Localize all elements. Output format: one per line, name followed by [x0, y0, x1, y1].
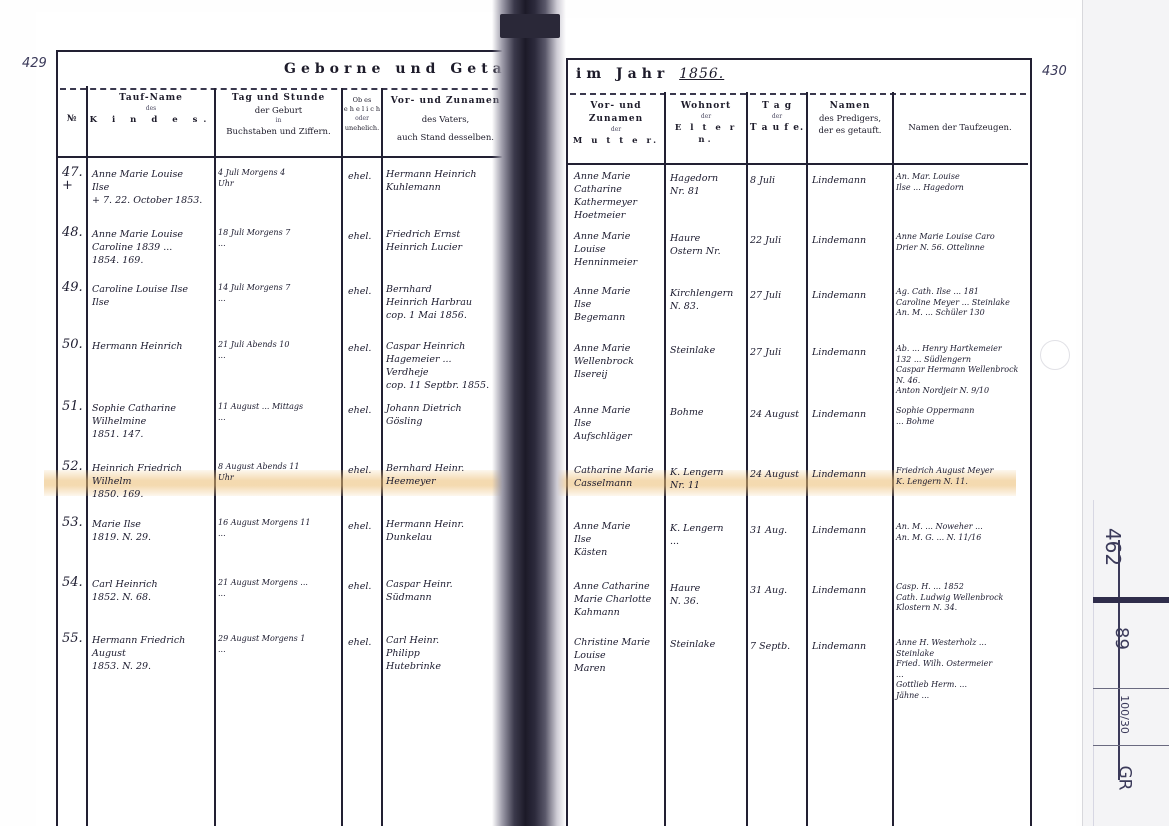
- entry-father-line: Hutebrinke: [386, 660, 441, 673]
- entry-birth-line: 29 August Morgens 1: [218, 634, 305, 645]
- entry-pastor: Lindemann: [812, 640, 866, 653]
- entry-residence: HagedornNr. 81: [670, 172, 718, 198]
- entry-father-line: Hagemeier ...: [386, 353, 489, 366]
- entry-legitimacy: ehel.: [348, 464, 371, 477]
- entry-birth: 11 August ... Mittags...: [218, 402, 303, 423]
- entry-godparents-line: Steinlake: [896, 649, 992, 660]
- entry-godparents-line: Ab. ... Henry Hartkemeier: [896, 344, 1018, 355]
- entry-godparents: Anne H. Westerholz ...SteinlakeFried. Wi…: [896, 638, 992, 701]
- column-line: [86, 86, 88, 826]
- entry-mother-line: Ilse: [574, 417, 632, 430]
- entry-child-line: Hermann Friedrich: [92, 634, 185, 647]
- entry-pastor: Lindemann: [812, 584, 866, 597]
- entry-godparents-line: Ag. Cath. Ilse ... 181: [896, 287, 1010, 298]
- entry-godparents-line: Caroline Meyer ... Steinlake: [896, 298, 1010, 309]
- column-line: [892, 92, 894, 826]
- punch-hole-mark: [1040, 340, 1070, 370]
- entry-mother: Anne MarieLouiseHenninmeier: [574, 230, 637, 269]
- entry-residence: Steinlake: [670, 344, 715, 357]
- entry-birth: 29 August Morgens 1...: [218, 634, 305, 655]
- entry-mother: Anne CatharineMarie CharlotteKahmann: [574, 580, 651, 619]
- entry-pastor-line: Lindemann: [812, 234, 866, 247]
- entry-child-line: Wilhelmine: [92, 415, 176, 428]
- entry-residence-line: Ostern Nr.: [670, 245, 721, 258]
- entry-child-line: 1851. 147.: [92, 428, 176, 441]
- entry-godparents-line: Casp. H. ... 1852: [896, 582, 1003, 593]
- entry-pastor-line: Lindemann: [812, 174, 866, 187]
- entry-child: Carl Heinrich1852. N. 68.: [92, 578, 158, 604]
- entry-mother-line: Anne Marie: [574, 230, 637, 243]
- entry-mother-line: Maren: [574, 662, 650, 675]
- entry-birth-line: ...: [218, 413, 303, 424]
- entry-baptism: 27 Juli: [750, 289, 781, 302]
- entry-residence-line: Steinlake: [670, 638, 715, 651]
- entry-pastor-line: Lindemann: [812, 346, 866, 359]
- entry-child-line: Carl Heinrich: [92, 578, 158, 591]
- entry-residence-line: N. 36.: [670, 595, 700, 608]
- entry-number-line: 52.: [62, 460, 83, 473]
- entry-child-line: Heinrich Friedrich: [92, 462, 182, 475]
- entry-mother-line: Louise: [574, 243, 637, 256]
- entry-number: 48.: [62, 226, 83, 239]
- entry-residence: Bohme: [670, 406, 703, 419]
- entry-child-line: Marie Ilse: [92, 518, 151, 531]
- archive-label-fraction: 100/30: [1118, 695, 1131, 734]
- entry-godparents-line: Ilse ... Hagedorn: [896, 183, 964, 194]
- entry-residence: K. Lengern...: [670, 522, 724, 548]
- entry-child: Heinrich FriedrichWilhelm1850. 169.: [92, 462, 182, 501]
- entry-father: Caspar HeinrichHagemeier ...Verdhejecop.…: [386, 340, 489, 392]
- entry-mother-line: Anne Marie: [574, 342, 634, 355]
- header-birth-date: Tag und Stunde der Geburt in Buchstaben …: [216, 92, 341, 138]
- entry-father-line: Carl Heinr.: [386, 634, 441, 647]
- entry-pastor-line: Lindemann: [812, 640, 866, 653]
- entry-godparents-line: An. M. ... Schüler 130: [896, 308, 1010, 319]
- entry-birth-line: 11 August ... Mittags: [218, 402, 303, 413]
- entry-father-line: Johann Dietrich: [386, 402, 462, 415]
- entry-birth-line: 21 Juli Abends 10: [218, 340, 289, 351]
- column-line: [341, 88, 343, 826]
- archive-index-rule: [1093, 688, 1169, 689]
- header-baptism-day: T a g der T a u f e.: [748, 100, 806, 135]
- entry-godparents: Ab. ... Henry Hartkemeier132 ... Südleng…: [896, 344, 1018, 397]
- entry-residence-line: Bohme: [670, 406, 703, 419]
- entry-birth: 4 Juli Morgens 4Uhr: [218, 168, 285, 189]
- entry-mother-line: Kästen: [574, 546, 630, 559]
- entry-mother: Anne MarieIlseKästen: [574, 520, 630, 559]
- entry-baptism-line: 27 Juli: [750, 346, 781, 359]
- entry-legitimacy-line: ehel.: [348, 170, 371, 183]
- entry-baptism-line: 24 August: [750, 468, 799, 481]
- entry-pastor-line: Lindemann: [812, 468, 866, 481]
- entry-child: Marie Ilse1819. N. 29.: [92, 518, 151, 544]
- entry-residence-line: Hagedorn: [670, 172, 718, 185]
- book-gutter-shadow: [492, 0, 566, 826]
- entry-godparents-line: ... Bohme: [896, 417, 974, 428]
- entry-child-line: 1854. 169.: [92, 254, 183, 267]
- entry-mother: Anne MarieIlseAufschläger: [574, 404, 632, 443]
- archive-index-rule: [1093, 745, 1169, 746]
- header-residence: Wohnort der E l t e r n.: [666, 100, 746, 146]
- page-number-right: 430: [1042, 64, 1067, 79]
- entry-residence-line: Nr. 81: [670, 185, 718, 198]
- entry-pastor: Lindemann: [812, 289, 866, 302]
- archive-index-divider: [1118, 540, 1120, 780]
- entry-number: 50.: [62, 338, 83, 351]
- entry-baptism: 24 August: [750, 408, 799, 421]
- title-rule-right: [570, 93, 1026, 95]
- entry-father-line: Bernhard: [386, 283, 472, 296]
- entry-pastor-line: Lindemann: [812, 524, 866, 537]
- entry-mother-line: Wellenbrock: [574, 355, 634, 368]
- entry-godparents: Anne Marie Louise CaroDrier N. 56. Ottel…: [896, 232, 995, 253]
- entry-baptism-line: 31 Aug.: [750, 524, 787, 537]
- entry-father-line: Heinrich Lucier: [386, 241, 462, 254]
- entry-baptism: 27 Juli: [750, 346, 781, 359]
- entry-number-line: 51.: [62, 400, 83, 413]
- entry-father-line: Bernhard Heinr.: [386, 462, 464, 475]
- entry-pastor: Lindemann: [812, 524, 866, 537]
- entry-child-line: 1819. N. 29.: [92, 531, 151, 544]
- header-pastor: Namen des Predigers, der es getauft.: [808, 100, 892, 138]
- entry-birth: 21 August Morgens ......: [218, 578, 308, 599]
- entry-godparents-line: Jähne ...: [896, 691, 992, 702]
- entry-baptism: 31 Aug.: [750, 524, 787, 537]
- entry-father-line: Heemeyer: [386, 475, 464, 488]
- entry-godparents-line: Klostern N. 34.: [896, 603, 1003, 614]
- entry-number: 47.+: [62, 166, 83, 192]
- page-number-left: 429: [22, 56, 47, 71]
- entry-residence: KirchlengernN. 83.: [670, 287, 733, 313]
- entry-father-line: cop. 1 Mai 1856.: [386, 309, 472, 322]
- entry-mother-line: Begemann: [574, 311, 630, 324]
- entry-godparents-line: K. Lengern N. 11.: [896, 477, 993, 488]
- header-rule-right: [568, 163, 1028, 165]
- entry-birth-line: ...: [218, 529, 310, 540]
- entry-residence-line: Haure: [670, 582, 700, 595]
- entry-mother-line: Anne Marie: [574, 520, 630, 533]
- entry-child: Anne Marie LouiseIlse+ 7. 22. October 18…: [92, 168, 202, 207]
- entry-baptism-line: 24 August: [750, 408, 799, 421]
- entry-father-line: Heinrich Harbrau: [386, 296, 472, 309]
- archive-label-number: 89: [1111, 627, 1132, 650]
- entry-legitimacy-line: ehel.: [348, 404, 371, 417]
- entry-father: Johann DietrichGösling: [386, 402, 462, 428]
- entry-child: Anne Marie LouiseCaroline 1839 ...1854. …: [92, 228, 183, 267]
- entry-number-line: 50.: [62, 338, 83, 351]
- entry-baptism: 8 Juli: [750, 174, 775, 187]
- entry-baptism-line: 27 Juli: [750, 289, 781, 302]
- entry-father: Caspar Heinr.Südmann: [386, 578, 453, 604]
- entry-godparents-line: Cath. Ludwig Wellenbrock: [896, 593, 1003, 604]
- header-father: Vor- und Zunamen des Vaters, auch Stand …: [383, 95, 508, 145]
- entry-residence: HaureOstern Nr.: [670, 232, 721, 258]
- entry-legitimacy-line: ehel.: [348, 230, 371, 243]
- entry-baptism: 31 Aug.: [750, 584, 787, 597]
- entry-birth-line: 14 Juli Morgens 7: [218, 283, 290, 294]
- entry-birth-line: 4 Juli Morgens 4: [218, 168, 285, 179]
- header-child-name: Tauf-Name des K i n d e s.: [88, 92, 214, 126]
- entry-birth: 14 Juli Morgens 7...: [218, 283, 290, 304]
- entry-godparents-line: Anne H. Westerholz ...: [896, 638, 992, 649]
- entry-number: 55.: [62, 632, 83, 645]
- entry-baptism-line: 22 Juli: [750, 234, 781, 247]
- entry-mother-line: Ilsereij: [574, 368, 634, 381]
- column-line: [214, 88, 216, 826]
- entry-pastor: Lindemann: [812, 408, 866, 421]
- entry-mother-line: Christine Marie: [574, 636, 650, 649]
- entry-godparents-line: An. M. ... Noweher ...: [896, 522, 983, 533]
- entry-baptism: 22 Juli: [750, 234, 781, 247]
- entry-father-line: Kuhlemann: [386, 181, 476, 194]
- column-line: [746, 92, 748, 826]
- entry-birth-line: 16 August Morgens 11: [218, 518, 310, 529]
- entry-birth-line: 18 Juli Morgens 7: [218, 228, 290, 239]
- entry-birth-line: ...: [218, 589, 308, 600]
- entry-child-line: Sophie Catharine: [92, 402, 176, 415]
- entry-godparents: An. Mar. LouiseIlse ... Hagedorn: [896, 172, 964, 193]
- entry-child: Hermann FriedrichAugust1853. N. 29.: [92, 634, 185, 673]
- entry-baptism-line: 7 Septb.: [750, 640, 790, 653]
- entry-residence-line: K. Lengern: [670, 466, 724, 479]
- entry-birth: 18 Juli Morgens 7...: [218, 228, 290, 249]
- archive-index-thick-rule: [1093, 597, 1169, 603]
- entry-godparents: Casp. H. ... 1852Cath. Ludwig Wellenbroc…: [896, 582, 1003, 614]
- entry-birth-line: Uhr: [218, 179, 285, 190]
- entry-godparents-line: An. M. G. ... N. 11/16: [896, 533, 983, 544]
- entry-father-line: Hermann Heinr.: [386, 518, 464, 531]
- entry-legitimacy-line: ehel.: [348, 520, 371, 533]
- entry-birth: 8 August Abends 11Uhr: [218, 462, 299, 483]
- header-mother: Vor- und Zunamen der M u t t e r.: [568, 100, 664, 147]
- entry-birth-line: 8 August Abends 11: [218, 462, 299, 473]
- entry-child-line: Wilhelm: [92, 475, 182, 488]
- entry-child: Caroline Louise IlseIlse: [92, 283, 188, 309]
- entry-number-line: 55.: [62, 632, 83, 645]
- entry-child-line: Hermann Heinrich: [92, 340, 182, 353]
- archive-label-code: GR: [1115, 766, 1135, 791]
- entry-child-line: 1852. N. 68.: [92, 591, 158, 604]
- entry-child-line: 1850. 169.: [92, 488, 182, 501]
- entry-godparents-line: Friedrich August Meyer: [896, 466, 993, 477]
- book-spine-top: [500, 14, 560, 38]
- entry-child-line: Anne Marie Louise: [92, 228, 183, 241]
- entry-residence-line: Steinlake: [670, 344, 715, 357]
- entry-mother: Anne MarieWellenbrockIlsereij: [574, 342, 634, 381]
- entry-father: Bernhard Heinr.Heemeyer: [386, 462, 464, 488]
- header-rule-left: [58, 156, 530, 158]
- entry-legitimacy: ehel.: [348, 520, 371, 533]
- column-line: [806, 92, 808, 826]
- entry-pastor: Lindemann: [812, 468, 866, 481]
- entry-number-line: 48.: [62, 226, 83, 239]
- entry-father: Friedrich ErnstHeinrich Lucier: [386, 228, 462, 254]
- entry-residence-line: K. Lengern: [670, 522, 724, 535]
- entry-birth-line: ...: [218, 294, 290, 305]
- entry-godparents-line: Anne Marie Louise Caro: [896, 232, 995, 243]
- entry-legitimacy: ehel.: [348, 580, 371, 593]
- entry-mother-line: Catharine: [574, 183, 637, 196]
- entry-godparents-line: 132 ... Südlengern: [896, 355, 1018, 366]
- entry-legitimacy-line: ehel.: [348, 464, 371, 477]
- entry-birth-line: ...: [218, 645, 305, 656]
- entry-godparents: Ag. Cath. Ilse ... 181Caroline Meyer ...…: [896, 287, 1010, 319]
- entry-number: 52.: [62, 460, 83, 473]
- entry-father-line: Hermann Heinrich: [386, 168, 476, 181]
- archive-label-volume: 462: [1101, 528, 1125, 566]
- entry-birth: 16 August Morgens 11...: [218, 518, 310, 539]
- entry-legitimacy-line: ehel.: [348, 580, 371, 593]
- entry-birth: 21 Juli Abends 10...: [218, 340, 289, 361]
- entry-father-line: Caspar Heinrich: [386, 340, 489, 353]
- entry-legitimacy: ehel.: [348, 342, 371, 355]
- entry-birth-line: 21 August Morgens ...: [218, 578, 308, 589]
- entry-residence: HaureN. 36.: [670, 582, 700, 608]
- right-title-prefix: im Jahr: [576, 66, 669, 82]
- entry-child-line: Ilse: [92, 296, 188, 309]
- entry-mother-line: Anne Marie: [574, 404, 632, 417]
- entry-godparents-line: N. 46.: [896, 376, 1018, 387]
- entry-mother-line: Aufschläger: [574, 430, 632, 443]
- entry-godparents: Friedrich August MeyerK. Lengern N. 11.: [896, 466, 993, 487]
- entry-child-line: 1853. N. 29.: [92, 660, 185, 673]
- entry-mother: Christine MarieLouiseMaren: [574, 636, 650, 675]
- entry-godparents-line: Caspar Hermann Wellenbrock: [896, 365, 1018, 376]
- entry-mother-line: Henninmeier: [574, 256, 637, 269]
- entry-father-line: Friedrich Ernst: [386, 228, 462, 241]
- entry-godparents-line: An. Mar. Louise: [896, 172, 964, 183]
- entry-godparents-line: Sophie Oppermann: [896, 406, 974, 417]
- entry-child-line: Caroline 1839 ...: [92, 241, 183, 254]
- entry-child-line: + 7. 22. October 1853.: [92, 194, 202, 207]
- entry-father-line: Südmann: [386, 591, 453, 604]
- header-godparents: Namen der Taufzeugen.: [894, 122, 1026, 134]
- header-number: №: [58, 113, 86, 126]
- entry-number: 54.: [62, 576, 83, 589]
- right-page-title: im Jahr 1856.: [576, 66, 724, 82]
- entry-child-line: Ilse: [92, 181, 202, 194]
- entry-number-line: 53.: [62, 516, 83, 529]
- entry-pastor-line: Lindemann: [812, 408, 866, 421]
- entry-residence-line: Kirchlengern: [670, 287, 733, 300]
- entry-mother-line: Casselmann: [574, 477, 653, 490]
- entry-pastor: Lindemann: [812, 346, 866, 359]
- entry-mother-line: Louise: [574, 649, 650, 662]
- entry-legitimacy: ehel.: [348, 230, 371, 243]
- entry-child-line: Caroline Louise Ilse: [92, 283, 188, 296]
- entry-father-line: Philipp: [386, 647, 441, 660]
- entry-godparents-line: ...: [896, 670, 992, 681]
- entry-godparents: Sophie Oppermann... Bohme: [896, 406, 974, 427]
- entry-mother-line: Ilse: [574, 298, 630, 311]
- entry-number: 53.: [62, 516, 83, 529]
- entry-legitimacy: ehel.: [348, 636, 371, 649]
- header-legitimacy: Ob es e h e l i c h oder unehelich.: [343, 96, 381, 133]
- entry-father: Carl Heinr.PhilippHutebrinke: [386, 634, 441, 673]
- entry-mother-line: Anne Marie: [574, 285, 630, 298]
- entry-father-line: Gösling: [386, 415, 462, 428]
- entry-birth-line: Uhr: [218, 473, 299, 484]
- entry-godparents: An. M. ... Noweher ...An. M. G. ... N. 1…: [896, 522, 983, 543]
- entry-father: Hermann Heinr.Dunkelau: [386, 518, 464, 544]
- entry-mother-line: Marie Charlotte: [574, 593, 651, 606]
- entry-legitimacy-line: ehel.: [348, 636, 371, 649]
- entry-father: BernhardHeinrich Harbraucop. 1 Mai 1856.: [386, 283, 472, 322]
- column-line: [664, 92, 666, 826]
- entry-legitimacy: ehel.: [348, 404, 371, 417]
- entry-mother-line: Anne Catharine: [574, 580, 651, 593]
- entry-father-line: Verdheje: [386, 366, 489, 379]
- entry-father: Hermann HeinrichKuhlemann: [386, 168, 476, 194]
- entry-residence-line: Nr. 11: [670, 479, 724, 492]
- entry-number-line: 49.: [62, 281, 83, 294]
- entry-pastor: Lindemann: [812, 234, 866, 247]
- entry-baptism-line: 8 Juli: [750, 174, 775, 187]
- entry-residence: Steinlake: [670, 638, 715, 651]
- entry-mother-line: Ilse: [574, 533, 630, 546]
- entry-number-line: 54.: [62, 576, 83, 589]
- entry-father-line: cop. 11 Septbr. 1855.: [386, 379, 489, 392]
- title-rule-left: [60, 88, 528, 90]
- entry-mother-line: Catharine Marie: [574, 464, 653, 477]
- entry-baptism: 24 August: [750, 468, 799, 481]
- entry-residence: K. LengernNr. 11: [670, 466, 724, 492]
- entry-child: Hermann Heinrich: [92, 340, 182, 353]
- entry-godparents-line: Fried. Wilh. Ostermeier: [896, 659, 992, 670]
- entry-mother: Anne MarieIlseBegemann: [574, 285, 630, 324]
- entry-number-line: +: [62, 179, 83, 192]
- entry-number: 49.: [62, 281, 83, 294]
- entry-godparents-line: Anton Nordjeir N. 9/10: [896, 386, 1018, 397]
- entry-child: Sophie CatharineWilhelmine1851. 147.: [92, 402, 176, 441]
- entry-mother: Catharine MarieCasselmann: [574, 464, 653, 490]
- entry-mother-line: Anne Marie: [574, 170, 637, 183]
- entry-legitimacy: ehel.: [348, 170, 371, 183]
- entry-baptism: 7 Septb.: [750, 640, 790, 653]
- entry-mother-line: Hoetmeier: [574, 209, 637, 222]
- entry-birth-line: ...: [218, 239, 290, 250]
- entry-godparents-line: Drier N. 56. Ottelinne: [896, 243, 995, 254]
- entry-father-line: Dunkelau: [386, 531, 464, 544]
- entry-pastor-line: Lindemann: [812, 289, 866, 302]
- entry-legitimacy: ehel.: [348, 285, 371, 298]
- entry-pastor: Lindemann: [812, 174, 866, 187]
- column-line: [381, 88, 383, 826]
- entry-mother-line: Kahmann: [574, 606, 651, 619]
- entry-father-line: Caspar Heinr.: [386, 578, 453, 591]
- entry-child-line: August: [92, 647, 185, 660]
- entry-residence-line: Haure: [670, 232, 721, 245]
- entry-legitimacy-line: ehel.: [348, 285, 371, 298]
- entry-godparents-line: Gottlieb Herm. ...: [896, 680, 992, 691]
- entry-child-line: Anne Marie Louise: [92, 168, 202, 181]
- entry-legitimacy-line: ehel.: [348, 342, 371, 355]
- entry-residence-line: N. 83.: [670, 300, 733, 313]
- entry-number: 51.: [62, 400, 83, 413]
- entry-residence-line: ...: [670, 535, 724, 548]
- entry-birth-line: ...: [218, 351, 289, 362]
- entry-mother-line: Kathermeyer: [574, 196, 637, 209]
- entry-baptism-line: 31 Aug.: [750, 584, 787, 597]
- entry-pastor-line: Lindemann: [812, 584, 866, 597]
- entry-mother: Anne MarieCatharineKathermeyerHoetmeier: [574, 170, 637, 222]
- register-year: 1856.: [679, 66, 724, 82]
